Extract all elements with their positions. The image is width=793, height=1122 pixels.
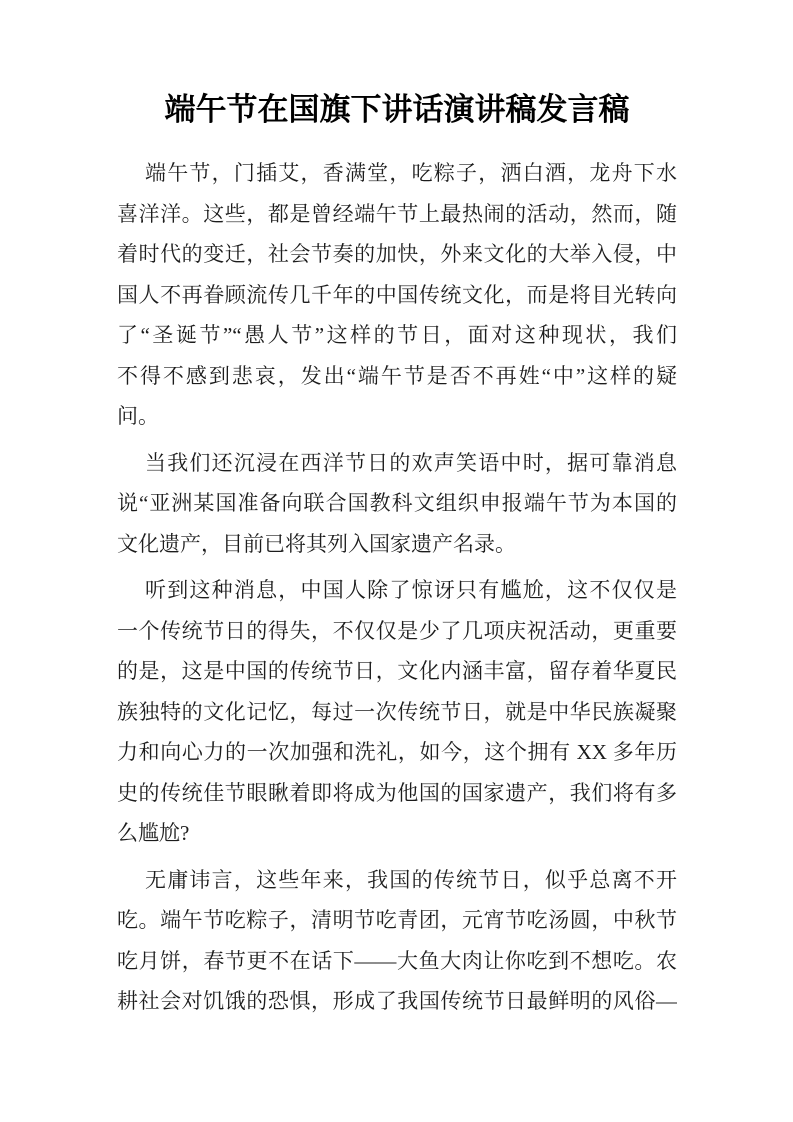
text-line: 了“圣诞节”“愚人节”这样的节日，面对这种现状，我们	[117, 315, 677, 356]
text-line: 么尴尬?	[117, 813, 677, 854]
text-line: 问。	[117, 396, 677, 437]
text-line: 说“亚洲某国准备向联合国教科文组织申报端午节为本国的	[117, 483, 677, 524]
paragraph-3: 听到这种消息，中国人除了惊讶只有尴尬，这不仅仅是 一个传统节日的得失，不仅仅是少…	[117, 570, 677, 854]
paragraph-4: 无庸讳言，这些年来，我国的传统节日，似乎总离不开 吃。端午节吃粽子，清明节吃青团…	[117, 860, 677, 1022]
text-line: 听到这种消息，中国人除了惊讶只有尴尬，这不仅仅是	[117, 570, 677, 611]
text-line: 文化遗产，目前已将其列入国家遗产名录。	[117, 524, 677, 565]
text-line: 吃月饼，春节更不在话下——大鱼大肉让你吃到不想吃。农	[117, 941, 677, 982]
text-line: 当我们还沉浸在西洋节日的欢声笑语中时，据可靠消息	[117, 443, 677, 484]
text-line: 耕社会对饥饿的恐惧，形成了我国传统节日最鲜明的风俗—	[117, 981, 677, 1022]
text-line: 端午节，门插艾，香满堂，吃粽子，洒白酒，龙舟下水	[117, 153, 677, 194]
text-line: 族独特的文化记忆，每过一次传统节日，就是中华民族凝聚	[117, 692, 677, 733]
document-title: 端午节在国旗下讲话演讲稿发言稿	[117, 88, 677, 132]
text-line: 一个传统节日的得失，不仅仅是少了几项庆祝活动，更重要	[117, 611, 677, 652]
text-line: 无庸讳言，这些年来，我国的传统节日，似乎总离不开	[117, 860, 677, 901]
text-line: 史的传统佳节眼瞅着即将成为他国的国家遗产，我们将有多	[117, 773, 677, 814]
document-page: 端午节在国旗下讲话演讲稿发言稿 端午节，门插艾，香满堂，吃粽子，洒白酒，龙舟下水…	[0, 0, 793, 1122]
text-line: 喜洋洋。这些，都是曾经端午节上最热闹的活动，然而，随	[117, 194, 677, 235]
paragraph-2: 当我们还沉浸在西洋节日的欢声笑语中时，据可靠消息 说“亚洲某国准备向联合国教科文…	[117, 443, 677, 565]
text-line: 不得不感到悲哀，发出“端午节是否不再姓“中”这样的疑	[117, 356, 677, 397]
text-line: 着时代的变迁，社会节奏的加快，外来文化的大举入侵，中	[117, 234, 677, 275]
text-line: 吃。端午节吃粽子，清明节吃青团，元宵节吃汤圆，中秋节	[117, 900, 677, 941]
text-line: 的是，这是中国的传统节日，文化内涵丰富，留存着华夏民	[117, 651, 677, 692]
paragraph-1: 端午节，门插艾，香满堂，吃粽子，洒白酒，龙舟下水 喜洋洋。这些，都是曾经端午节上…	[117, 153, 677, 437]
text-line: 国人不再眷顾流传几千年的中国传统文化，而是将目光转向	[117, 275, 677, 316]
text-line: 力和向心力的一次加强和洗礼，如今，这个拥有 XX 多年历	[117, 732, 677, 773]
